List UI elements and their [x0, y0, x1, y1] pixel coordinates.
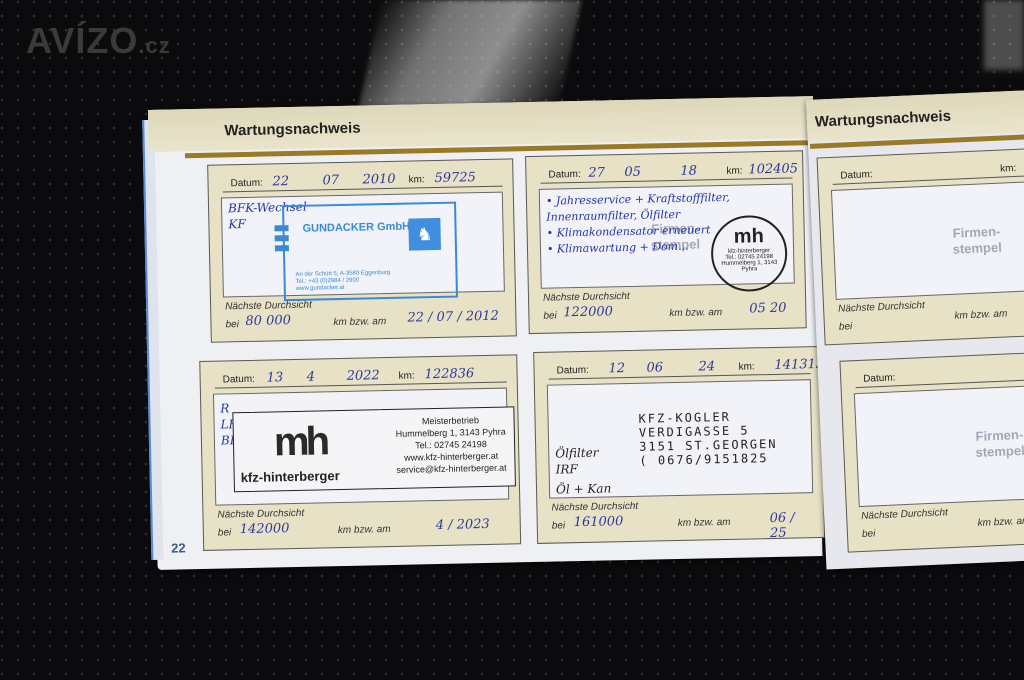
sunlight-glare — [358, 0, 581, 110]
note-line: Ölfilter — [555, 444, 611, 461]
next-service-label: Nächste Durchsicht — [838, 300, 925, 315]
datum-row: Datum: 27 05 18 km: 102405 — [540, 158, 792, 184]
note-line: • Klimawartung + Dom... — [547, 238, 731, 258]
next-service-date: 4 / 2023 — [436, 517, 490, 533]
bei-label: bei — [862, 528, 876, 540]
page-title: Wartungsnachweis — [224, 120, 360, 140]
bei-label: bei — [543, 310, 557, 321]
km-label: km: — [726, 166, 742, 177]
km-am-label: km bzw. am — [669, 307, 722, 319]
datum-row: Datum: km: — [832, 155, 1024, 185]
sunlight-glare — [984, 0, 1024, 70]
page-number: 22 — [171, 540, 186, 555]
km-label: km: — [738, 361, 754, 372]
next-service-km: 142000 — [240, 521, 290, 537]
handwritten-notes: • Jahresservice + Kraftstofffilter, Inne… — [546, 190, 731, 258]
next-service-row: Nächste Durchsicht bei 80 000 km bzw. am… — [221, 294, 506, 338]
km-am-label: km bzw. am — [954, 308, 1007, 321]
stamp-area: R LF BF mh kfz-hinterberger Meisterbetri… — [213, 388, 509, 506]
stamp-area: Firmen- stempel — [831, 181, 1024, 300]
bei-label: bei — [552, 520, 566, 531]
stamp-phone: ( 0676/9151825 — [639, 451, 778, 468]
watermark-brand: AVÍZO — [26, 20, 138, 61]
km-label: km: — [408, 174, 424, 185]
date-day: 13 — [266, 370, 283, 385]
stamp-company: kfz-hinterberger — [241, 468, 340, 485]
page-header: Wartungsnachweis — [806, 90, 1024, 142]
stamp-details: An der Schütt 5, A-3580 Eggenburg Tel.: … — [295, 270, 390, 293]
km-am-label: km bzw. am — [333, 316, 386, 328]
datum-row: Datum: 13 4 2022 km: 122836 — [214, 362, 506, 389]
service-entry: Datum: 13 4 2022 km: 122836 R LF BF mh k… — [199, 354, 521, 551]
stamp-area: BFK-Wechsel KF GUNDACKER GmbH ♞ An der S… — [221, 192, 505, 298]
datum-label: Datum: — [223, 374, 255, 386]
handwritten-notes: Ölfilter IRF Öl + Kan — [555, 444, 611, 497]
next-service-row: Nächste Durchsicht bei 122000 km bzw. am… — [539, 285, 796, 328]
next-service-row: Nächste Durchsicht bei 161000 km bzw. am… — [547, 495, 814, 539]
datum-row: Datum: 22 07 2010 km: 59725 — [222, 166, 502, 193]
service-entry: Datum: 12 06 24 km: 141313 Ölfilter IRF … — [533, 346, 825, 544]
km-label: km: — [399, 370, 415, 381]
next-service-km: 122000 — [563, 304, 613, 320]
lion-emblem-icon: ♞ — [408, 218, 441, 251]
stamp-area: Ölfilter IRF Öl + Kan KFZ-KOGLER VERDIGA… — [547, 379, 813, 499]
date-year: 18 — [680, 164, 697, 179]
next-service-km: 161000 — [574, 514, 624, 530]
km-am-label: km bzw. am — [338, 524, 391, 536]
next-service-km: 80 000 — [245, 313, 291, 329]
stamp-email: service@kfz-hinterberger.at — [396, 462, 506, 476]
next-service-row: Nächste Durchsicht bei 142000 km bzw. am… — [213, 502, 510, 546]
next-service-date: 22 / 07 / 2012 — [407, 309, 499, 326]
next-service-row: Nächste Durchsicht bei km bzw. am — [834, 293, 1024, 340]
bei-label: bei — [218, 527, 232, 538]
stamp-area: Firmen- stempel — [854, 385, 1024, 507]
booklet-left-page: Wartungsnachweis Datum: 22 07 2010 km: 5… — [148, 96, 822, 570]
next-service-date: 05 20 — [749, 301, 787, 317]
date-month: 05 — [624, 165, 641, 180]
stamp-details: Meisterbetrieb Hummelberg 1, 3143 Pyhra … — [395, 414, 506, 476]
mileage-value: 102405 — [748, 161, 798, 177]
note-line: IRF — [555, 460, 611, 477]
date-month: 06 — [646, 360, 663, 375]
stamp-company: GUNDACKER GmbH — [302, 221, 410, 235]
date-day: 27 — [588, 165, 605, 180]
mileage-value: 122836 — [424, 366, 474, 382]
booklet-right-page: Wartungsnachweis Datum: km: Firmen- stem… — [806, 90, 1024, 570]
mh-logo-icon: mh — [713, 225, 785, 250]
company-stamp: KFZ-KOGLER VERDIGASSE 5 3151 ST.GEORGEN … — [638, 409, 778, 468]
datum-label: Datum: — [840, 169, 873, 181]
km-am-label: km bzw. am — [678, 517, 731, 529]
stamp-web: www.gundacker.at — [296, 284, 391, 293]
service-entry: Datum: km: Firmen- stempel Nächste Durch… — [839, 351, 1024, 552]
mh-logo-icon: mh — [274, 419, 327, 465]
km-label: km: — [1000, 163, 1017, 175]
service-entry: Datum: 27 05 18 km: 102405 Firmen- stemp… — [525, 150, 807, 334]
company-stamp: GUNDACKER GmbH ♞ An der Schütt 5, A-3580… — [282, 202, 458, 302]
datum-row: Datum: km: — [855, 359, 1024, 388]
company-stamp: mh kfz-hinterberger Meisterbetrieb Humme… — [232, 406, 516, 492]
next-service-date: 06 / 25 — [770, 510, 815, 541]
next-service-label: Nächste Durchsicht — [861, 507, 948, 522]
stamp-address: Hummelberg 1, 3143 Pyhra — [713, 260, 785, 274]
datum-label: Datum: — [556, 365, 588, 377]
bei-label: bei — [225, 319, 239, 330]
date-day: 12 — [608, 361, 625, 376]
datum-label: Datum: — [863, 372, 896, 384]
next-service-label: Nächste Durchsicht — [551, 501, 638, 514]
service-entry: Datum: km: Firmen- stempel Nächste Durch… — [817, 147, 1024, 345]
stamp-bars-icon — [274, 225, 289, 255]
next-service-row: Nächste Durchsicht bei km bzw. am — [857, 501, 1024, 548]
stamp-area: Firmen- stempel • Jahresservice + Krafts… — [539, 184, 795, 289]
stamp-placeholder: Firmen- stempel — [975, 427, 1024, 461]
watermark-tld: .cz — [138, 33, 170, 58]
next-service-label: Nächste Durchsicht — [225, 300, 312, 313]
note-line: Öl + Kan — [556, 480, 612, 497]
datum-row: Datum: 12 06 24 km: 141313 — [548, 353, 810, 379]
stamp-placeholder: Firmen- stempel — [952, 224, 1002, 258]
date-year: 2022 — [346, 368, 379, 384]
watermark-logo: AVÍZO.cz — [26, 20, 171, 62]
page-edge — [142, 120, 163, 560]
km-am-label: km bzw. am — [977, 516, 1024, 529]
mileage-value: 59725 — [434, 170, 476, 186]
date-year: 2010 — [362, 172, 395, 188]
datum-label: Datum: — [548, 169, 580, 181]
datum-label: Datum: — [230, 178, 262, 190]
next-service-label: Nächste Durchsicht — [217, 508, 304, 521]
date-month: 07 — [322, 173, 339, 188]
bei-label: bei — [839, 321, 853, 333]
round-company-stamp: mh kfz-hinterberger Tel.: 02745 24198 Hu… — [710, 215, 788, 293]
date-year: 24 — [698, 359, 715, 374]
date-month: 4 — [306, 370, 315, 385]
service-entry: Datum: 22 07 2010 km: 59725 BFK-Wechsel … — [207, 158, 517, 342]
next-service-label: Nächste Durchsicht — [543, 291, 630, 304]
date-day: 22 — [272, 174, 289, 189]
page-title: Wartungsnachweis — [815, 108, 952, 131]
